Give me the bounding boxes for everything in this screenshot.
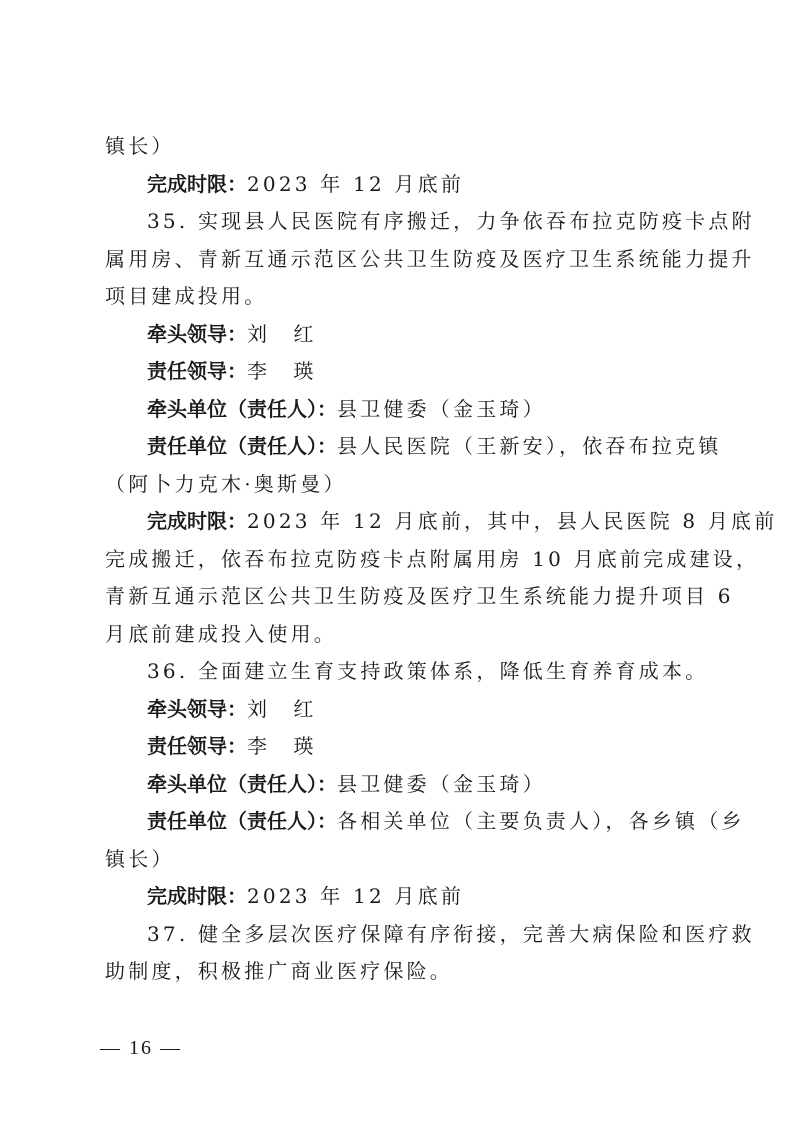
page-number: — 16 — xyxy=(100,1037,182,1060)
text-line: 完成搬迁，依吞布拉克防疫卡点附属用房 10 月底前完成建设， xyxy=(105,541,693,579)
field-value: 2023 年 12 月底前 xyxy=(247,172,464,196)
field-label: 责任单位（责任人）： xyxy=(147,434,337,458)
responsible-unit-field: 责任单位（责任人）：县人民医院（王新安），依吞布拉克镇 xyxy=(105,428,693,466)
field-label: 牵头单位（责任人）： xyxy=(147,397,337,421)
field-value: 县卫健委（金玉琦） xyxy=(337,397,546,421)
field-value: 县卫健委（金玉琦） xyxy=(337,772,546,796)
deadline-field: 完成时限：2023 年 12 月底前，其中，县人民医院 8 月底前 xyxy=(105,503,693,541)
item-35-title: 35. 实现县人民医院有序搬迁，力争依吞布拉克防疫卡点附 xyxy=(105,203,693,241)
field-value: 2023 年 12 月底前，其中，县人民医院 8 月底前 xyxy=(247,509,777,533)
field-value: 刘 红 xyxy=(247,322,317,346)
responsible-leader-field: 责任领导：李 瑛 xyxy=(105,353,693,391)
item-37-title: 37. 健全多层次医疗保障有序衔接，完善大病保险和医疗救 xyxy=(105,916,693,954)
document-body: 镇长） 完成时限：2023 年 12 月底前 35. 实现县人民医院有序搬迁，力… xyxy=(105,128,693,991)
field-value: 县人民医院（王新安），依吞布拉克镇 xyxy=(337,434,721,458)
item-36-title: 36. 全面建立生育支持政策体系，降低生育养育成本。 xyxy=(105,653,693,691)
field-label: 牵头领导： xyxy=(147,322,247,346)
field-label: 责任领导： xyxy=(147,734,247,758)
lead-leader-field: 牵头领导：刘 红 xyxy=(105,691,693,729)
field-value: 各相关单位（主要负责人），各乡镇（乡 xyxy=(337,809,745,833)
lead-unit-field: 牵头单位（责任人）：县卫健委（金玉琦） xyxy=(105,766,693,804)
text-line: 助制度，积极推广商业医疗保险。 xyxy=(105,953,693,991)
field-value: 2023 年 12 月底前 xyxy=(247,884,464,908)
field-value: 刘 红 xyxy=(247,697,317,721)
field-label: 完成时限： xyxy=(147,509,247,533)
field-label: 责任单位（责任人）： xyxy=(147,809,337,833)
text-line: 属用房、青新互通示范区公共卫生防疫及医疗卫生系统能力提升 xyxy=(105,241,693,279)
text-line: （阿卜力克木·奥斯曼） xyxy=(105,466,693,504)
deadline-field: 完成时限：2023 年 12 月底前 xyxy=(105,878,693,916)
lead-unit-field: 牵头单位（责任人）：县卫健委（金玉琦） xyxy=(105,391,693,429)
field-label: 责任领导： xyxy=(147,359,247,383)
lead-leader-field: 牵头领导：刘 红 xyxy=(105,316,693,354)
field-label: 牵头领导： xyxy=(147,697,247,721)
text-line: 青新互通示范区公共卫生防疫及医疗卫生系统能力提升项目 6 xyxy=(105,578,693,616)
responsible-leader-field: 责任领导：李 瑛 xyxy=(105,728,693,766)
deadline-field: 完成时限：2023 年 12 月底前 xyxy=(105,166,693,204)
field-label: 牵头单位（责任人）： xyxy=(147,772,337,796)
text-line: 镇长） xyxy=(105,841,693,879)
field-value: 李 瑛 xyxy=(247,734,317,758)
text-line: 项目建成投用。 xyxy=(105,278,693,316)
field-label: 完成时限： xyxy=(147,884,247,908)
text-line: 月底前建成投入使用。 xyxy=(105,616,693,654)
responsible-unit-field: 责任单位（责任人）：各相关单位（主要负责人），各乡镇（乡 xyxy=(105,803,693,841)
text-line: 镇长） xyxy=(105,128,693,166)
field-value: 李 瑛 xyxy=(247,359,317,383)
field-label: 完成时限： xyxy=(147,172,247,196)
